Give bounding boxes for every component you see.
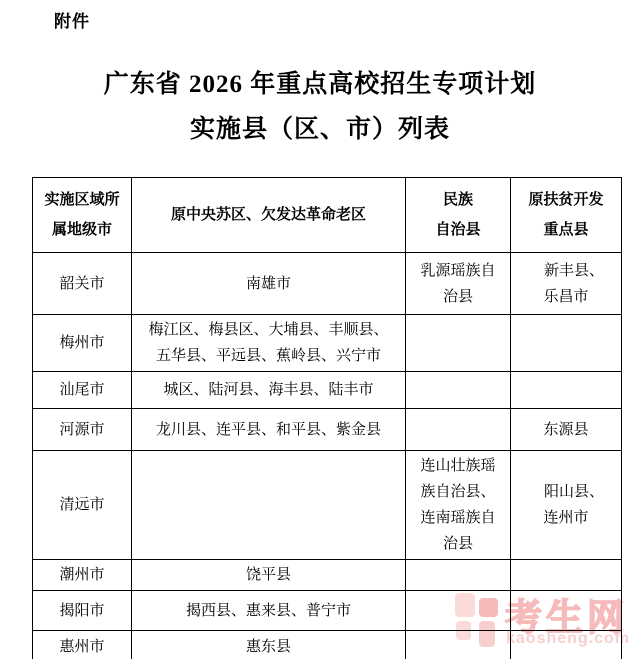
column-header-poverty: 原扶贫开发 重点县 <box>511 178 622 253</box>
counties-table: 实施区域所 属地级市 原中央苏区、欠发达革命老区 民族 自治县 原扶贫开发 重点… <box>32 177 622 659</box>
table-row: 清远市 连山壮族瑶 族自治县、 连南瑶族自 治县 阳山县、 连州市 <box>33 451 622 560</box>
cell-ethnic <box>406 409 511 451</box>
cell-poverty <box>511 372 622 409</box>
cell-poverty <box>511 591 622 631</box>
table-row: 惠州市 惠东县 <box>33 631 622 659</box>
cell-poverty: 阳山县、 连州市 <box>511 451 622 560</box>
column-header-old-area: 原中央苏区、欠发达革命老区 <box>132 178 406 253</box>
title-line-2: 实施县（区、市）列表 <box>0 107 640 152</box>
cell-city: 汕尾市 <box>33 372 132 409</box>
document-page: 附件 广东省 2026 年重点高校招生专项计划 实施县（区、市）列表 考生网 k… <box>0 0 640 659</box>
cell-poverty: 新丰县、 乐昌市 <box>511 253 622 315</box>
cell-city: 惠州市 <box>33 631 132 659</box>
cell-city: 韶关市 <box>33 253 132 315</box>
cell-city: 河源市 <box>33 409 132 451</box>
cell-city: 梅州市 <box>33 315 132 372</box>
cell-old-area: 梅江区、梅县区、大埔县、丰顺县、 五华县、平远县、蕉岭县、兴宁市 <box>132 315 406 372</box>
cell-old-area: 南雄市 <box>132 253 406 315</box>
cell-poverty <box>511 631 622 659</box>
column-header-city: 实施区域所 属地级市 <box>33 178 132 253</box>
cell-old-area: 城区、陆河县、海丰县、陆丰市 <box>132 372 406 409</box>
cell-poverty <box>511 560 622 591</box>
cell-ethnic <box>406 315 511 372</box>
title-line-1: 广东省 2026 年重点高校招生专项计划 <box>0 62 640 107</box>
cell-ethnic <box>406 560 511 591</box>
table-row: 潮州市 饶平县 <box>33 560 622 591</box>
cell-city: 揭阳市 <box>33 591 132 631</box>
cell-old-area: 揭西县、惠来县、普宁市 <box>132 591 406 631</box>
cell-old-area: 龙川县、连平县、和平县、紫金县 <box>132 409 406 451</box>
table-row: 揭阳市 揭西县、惠来县、普宁市 <box>33 591 622 631</box>
cell-ethnic: 连山壮族瑶 族自治县、 连南瑶族自 治县 <box>406 451 511 560</box>
cell-ethnic: 乳源瑶族自 治县 <box>406 253 511 315</box>
doc-title: 广东省 2026 年重点高校招生专项计划 实施县（区、市）列表 <box>0 62 640 152</box>
cell-poverty: 东源县 <box>511 409 622 451</box>
cell-old-area: 惠东县 <box>132 631 406 659</box>
table-row: 韶关市 南雄市 乳源瑶族自 治县 新丰县、 乐昌市 <box>33 253 622 315</box>
table-row: 河源市 龙川县、连平县、和平县、紫金县 东源县 <box>33 409 622 451</box>
cell-ethnic <box>406 631 511 659</box>
table-header-row: 实施区域所 属地级市 原中央苏区、欠发达革命老区 民族 自治县 原扶贫开发 重点… <box>33 178 622 253</box>
attachment-label: 附件 <box>54 7 90 32</box>
cell-city: 潮州市 <box>33 560 132 591</box>
cell-ethnic <box>406 372 511 409</box>
column-header-ethnic: 民族 自治县 <box>406 178 511 253</box>
table-row: 梅州市 梅江区、梅县区、大埔县、丰顺县、 五华县、平远县、蕉岭县、兴宁市 <box>33 315 622 372</box>
cell-ethnic <box>406 591 511 631</box>
cell-old-area <box>132 451 406 560</box>
cell-poverty <box>511 315 622 372</box>
table-row: 汕尾市 城区、陆河县、海丰县、陆丰市 <box>33 372 622 409</box>
cell-city: 清远市 <box>33 451 132 560</box>
cell-old-area: 饶平县 <box>132 560 406 591</box>
